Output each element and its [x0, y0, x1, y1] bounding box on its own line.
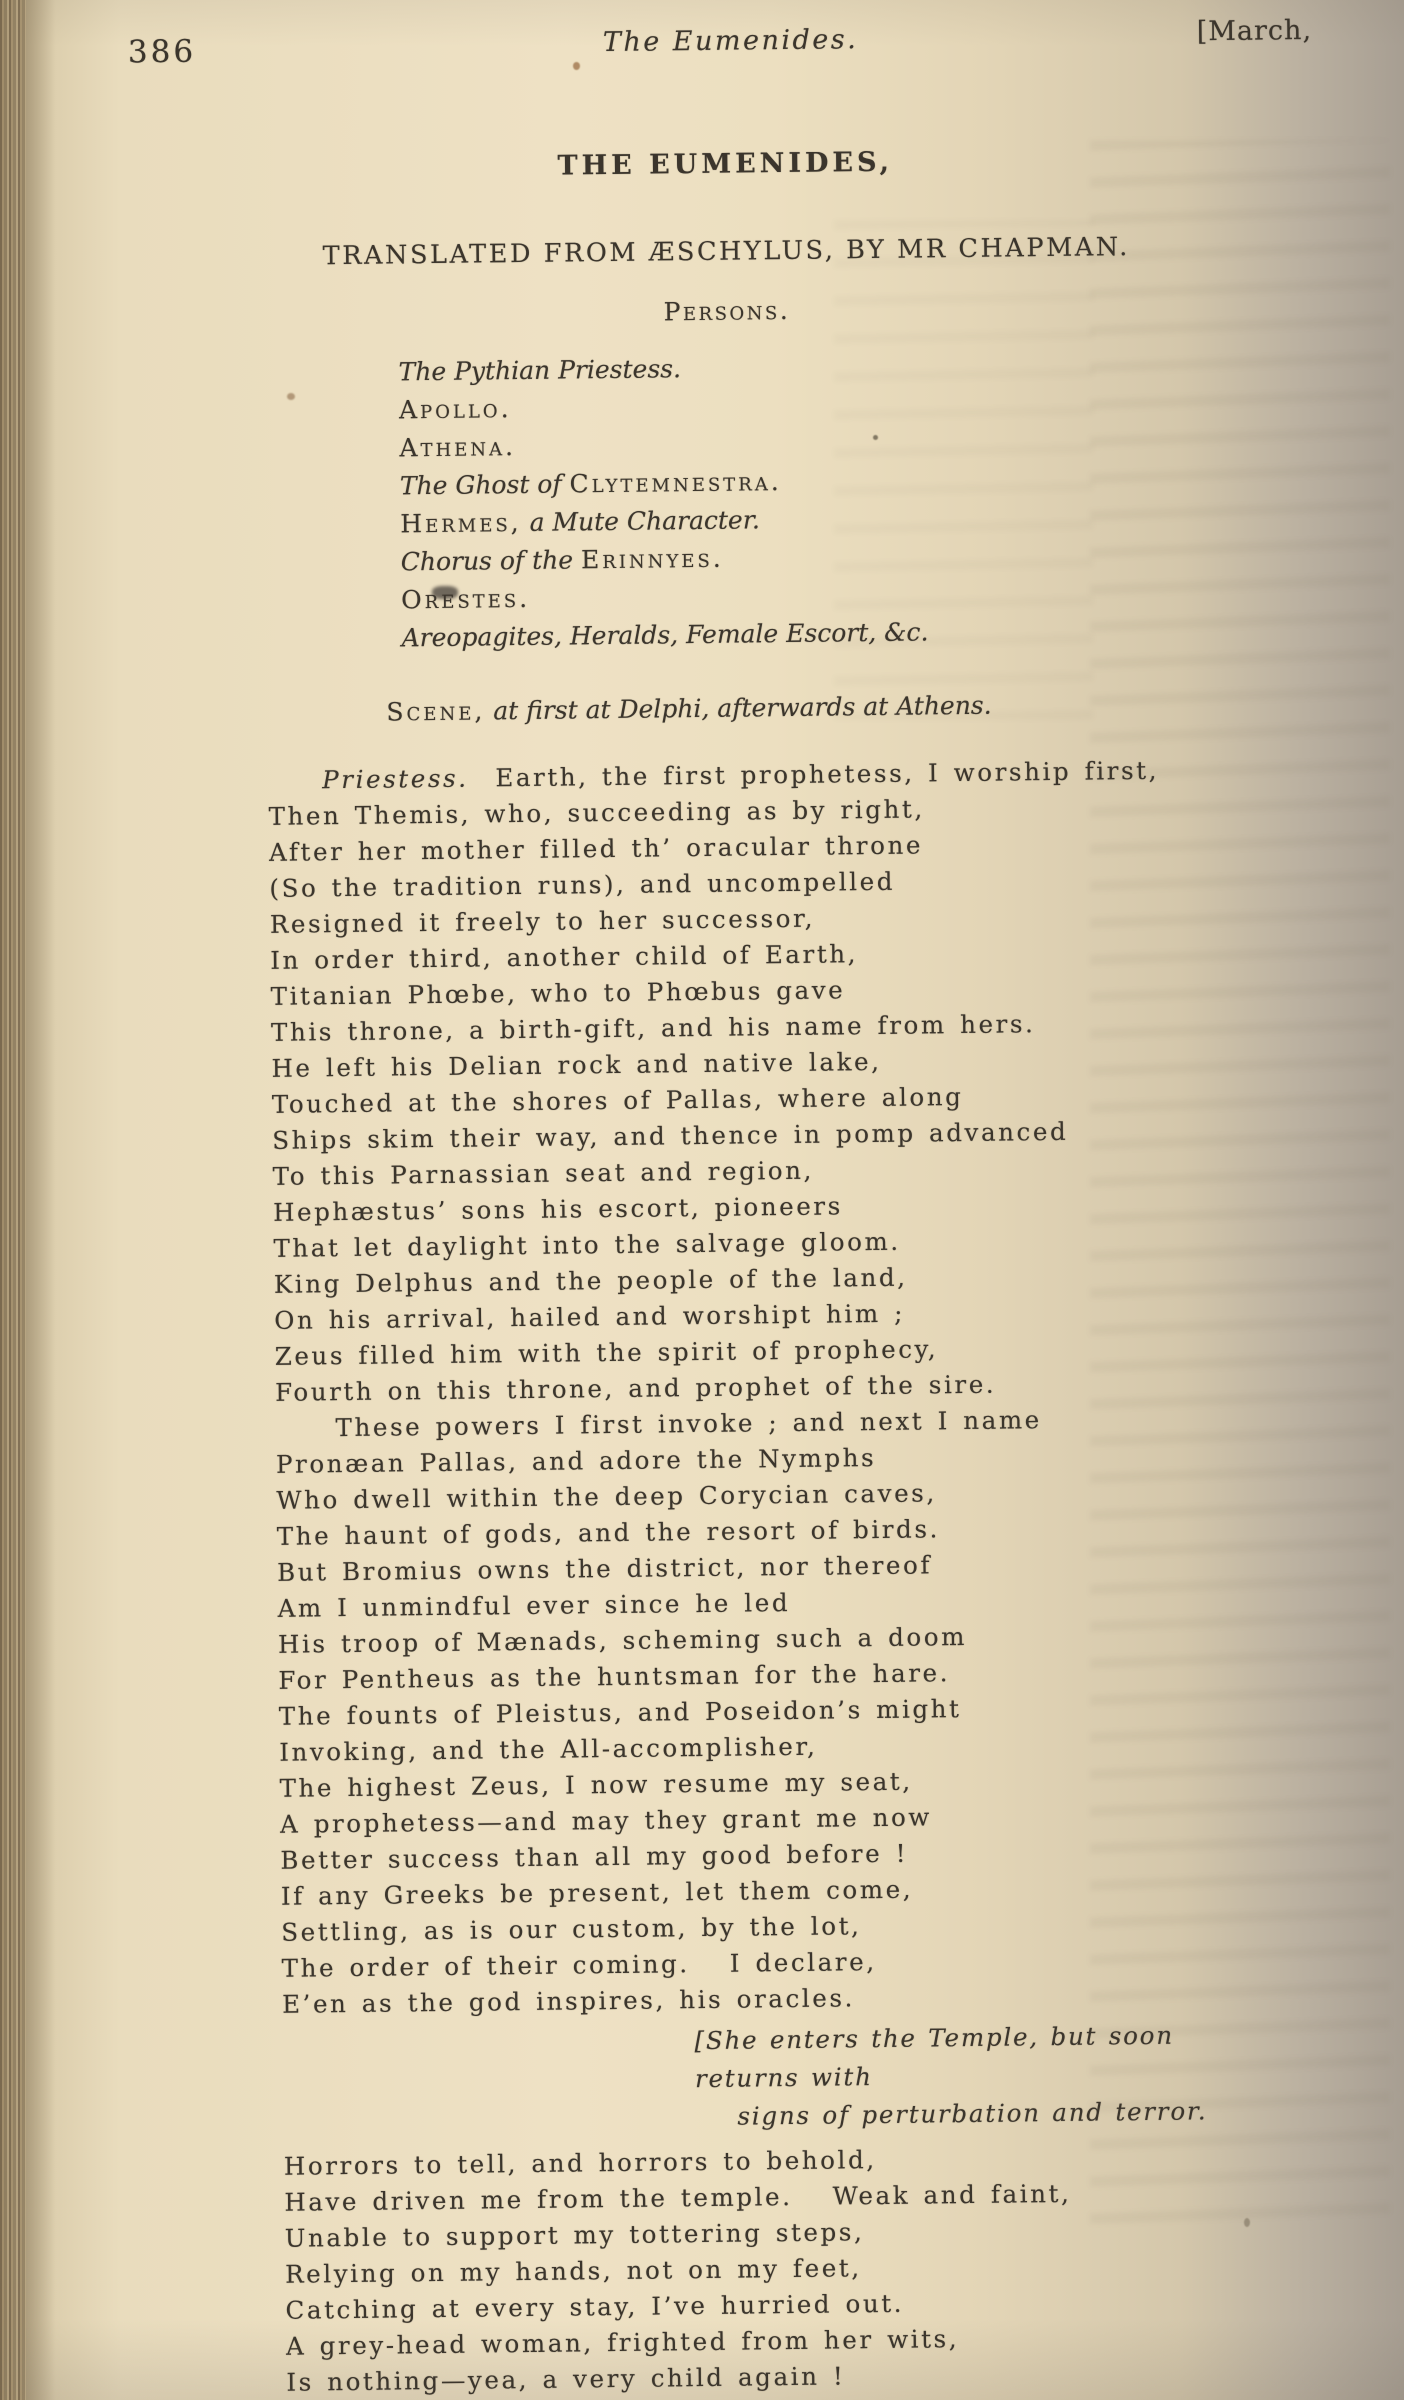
text-segment: Scene,	[386, 696, 485, 726]
speaker-name: Priestess.	[322, 764, 469, 795]
text-segment: Orestes.	[401, 584, 530, 614]
scene-line: Scene, at first at Delphi, afterwards at…	[386, 686, 1195, 729]
stage-direction: [She enters the Temple, but soon returns…	[694, 2016, 1211, 2136]
text-column: THE EUMENIDES, TRANSLATED FROM ÆSCHYLUS,…	[259, 0, 1214, 2400]
persons-list: The Pythian Priestess.Apollo.Athena.The …	[398, 344, 1194, 657]
stage-direction-line-1: [She enters the Temple, but soon returns…	[694, 2016, 1211, 2098]
text-segment: Apollo.	[399, 394, 512, 424]
persons-heading: Persons.	[263, 290, 1191, 333]
speech-priestess-2: Horrors to tell, and horrors to behold,H…	[284, 2138, 1215, 2400]
issue-date: [March,	[1197, 15, 1313, 47]
byline: TRANSLATED FROM ÆSCHYLUS, BY MR CHAPMAN.	[262, 230, 1190, 273]
page-content: 386 The Eumenides. [March, THE EUMENIDES…	[0, 0, 1404, 2400]
text-segment: Erinnyes.	[581, 544, 724, 575]
text-segment: at first at Delphi, afterwards at Athens…	[485, 691, 992, 726]
text-segment: a Mute Character.	[521, 505, 760, 537]
text-segment: Athena.	[399, 432, 516, 462]
text-segment: The Pythian Priestess.	[398, 354, 681, 386]
text-segment: Chorus of the	[401, 545, 582, 576]
book-page-scan: 386 The Eumenides. [March, THE EUMENIDES…	[0, 0, 1404, 2400]
speech-priestess-1: Priestess. Earth, the first prophetess, …	[268, 752, 1210, 2022]
page-number: 386	[128, 34, 197, 71]
person-entry: Areopagites, Heralds, Female Escort, &c.	[401, 610, 1194, 657]
stage-direction-line-2: signs of perturbation and terror.	[737, 2092, 1211, 2135]
article-title: THE EUMENIDES,	[261, 142, 1189, 187]
text-segment: Clytemnestra.	[569, 467, 781, 498]
text-segment: Areopagites, Heralds, Female Escort, &c.	[401, 617, 928, 652]
scene-text: Scene, at first at Delphi, afterwards at…	[386, 686, 1195, 729]
text-segment: Hermes,	[400, 508, 522, 538]
text-segment: The Ghost of	[400, 469, 570, 500]
